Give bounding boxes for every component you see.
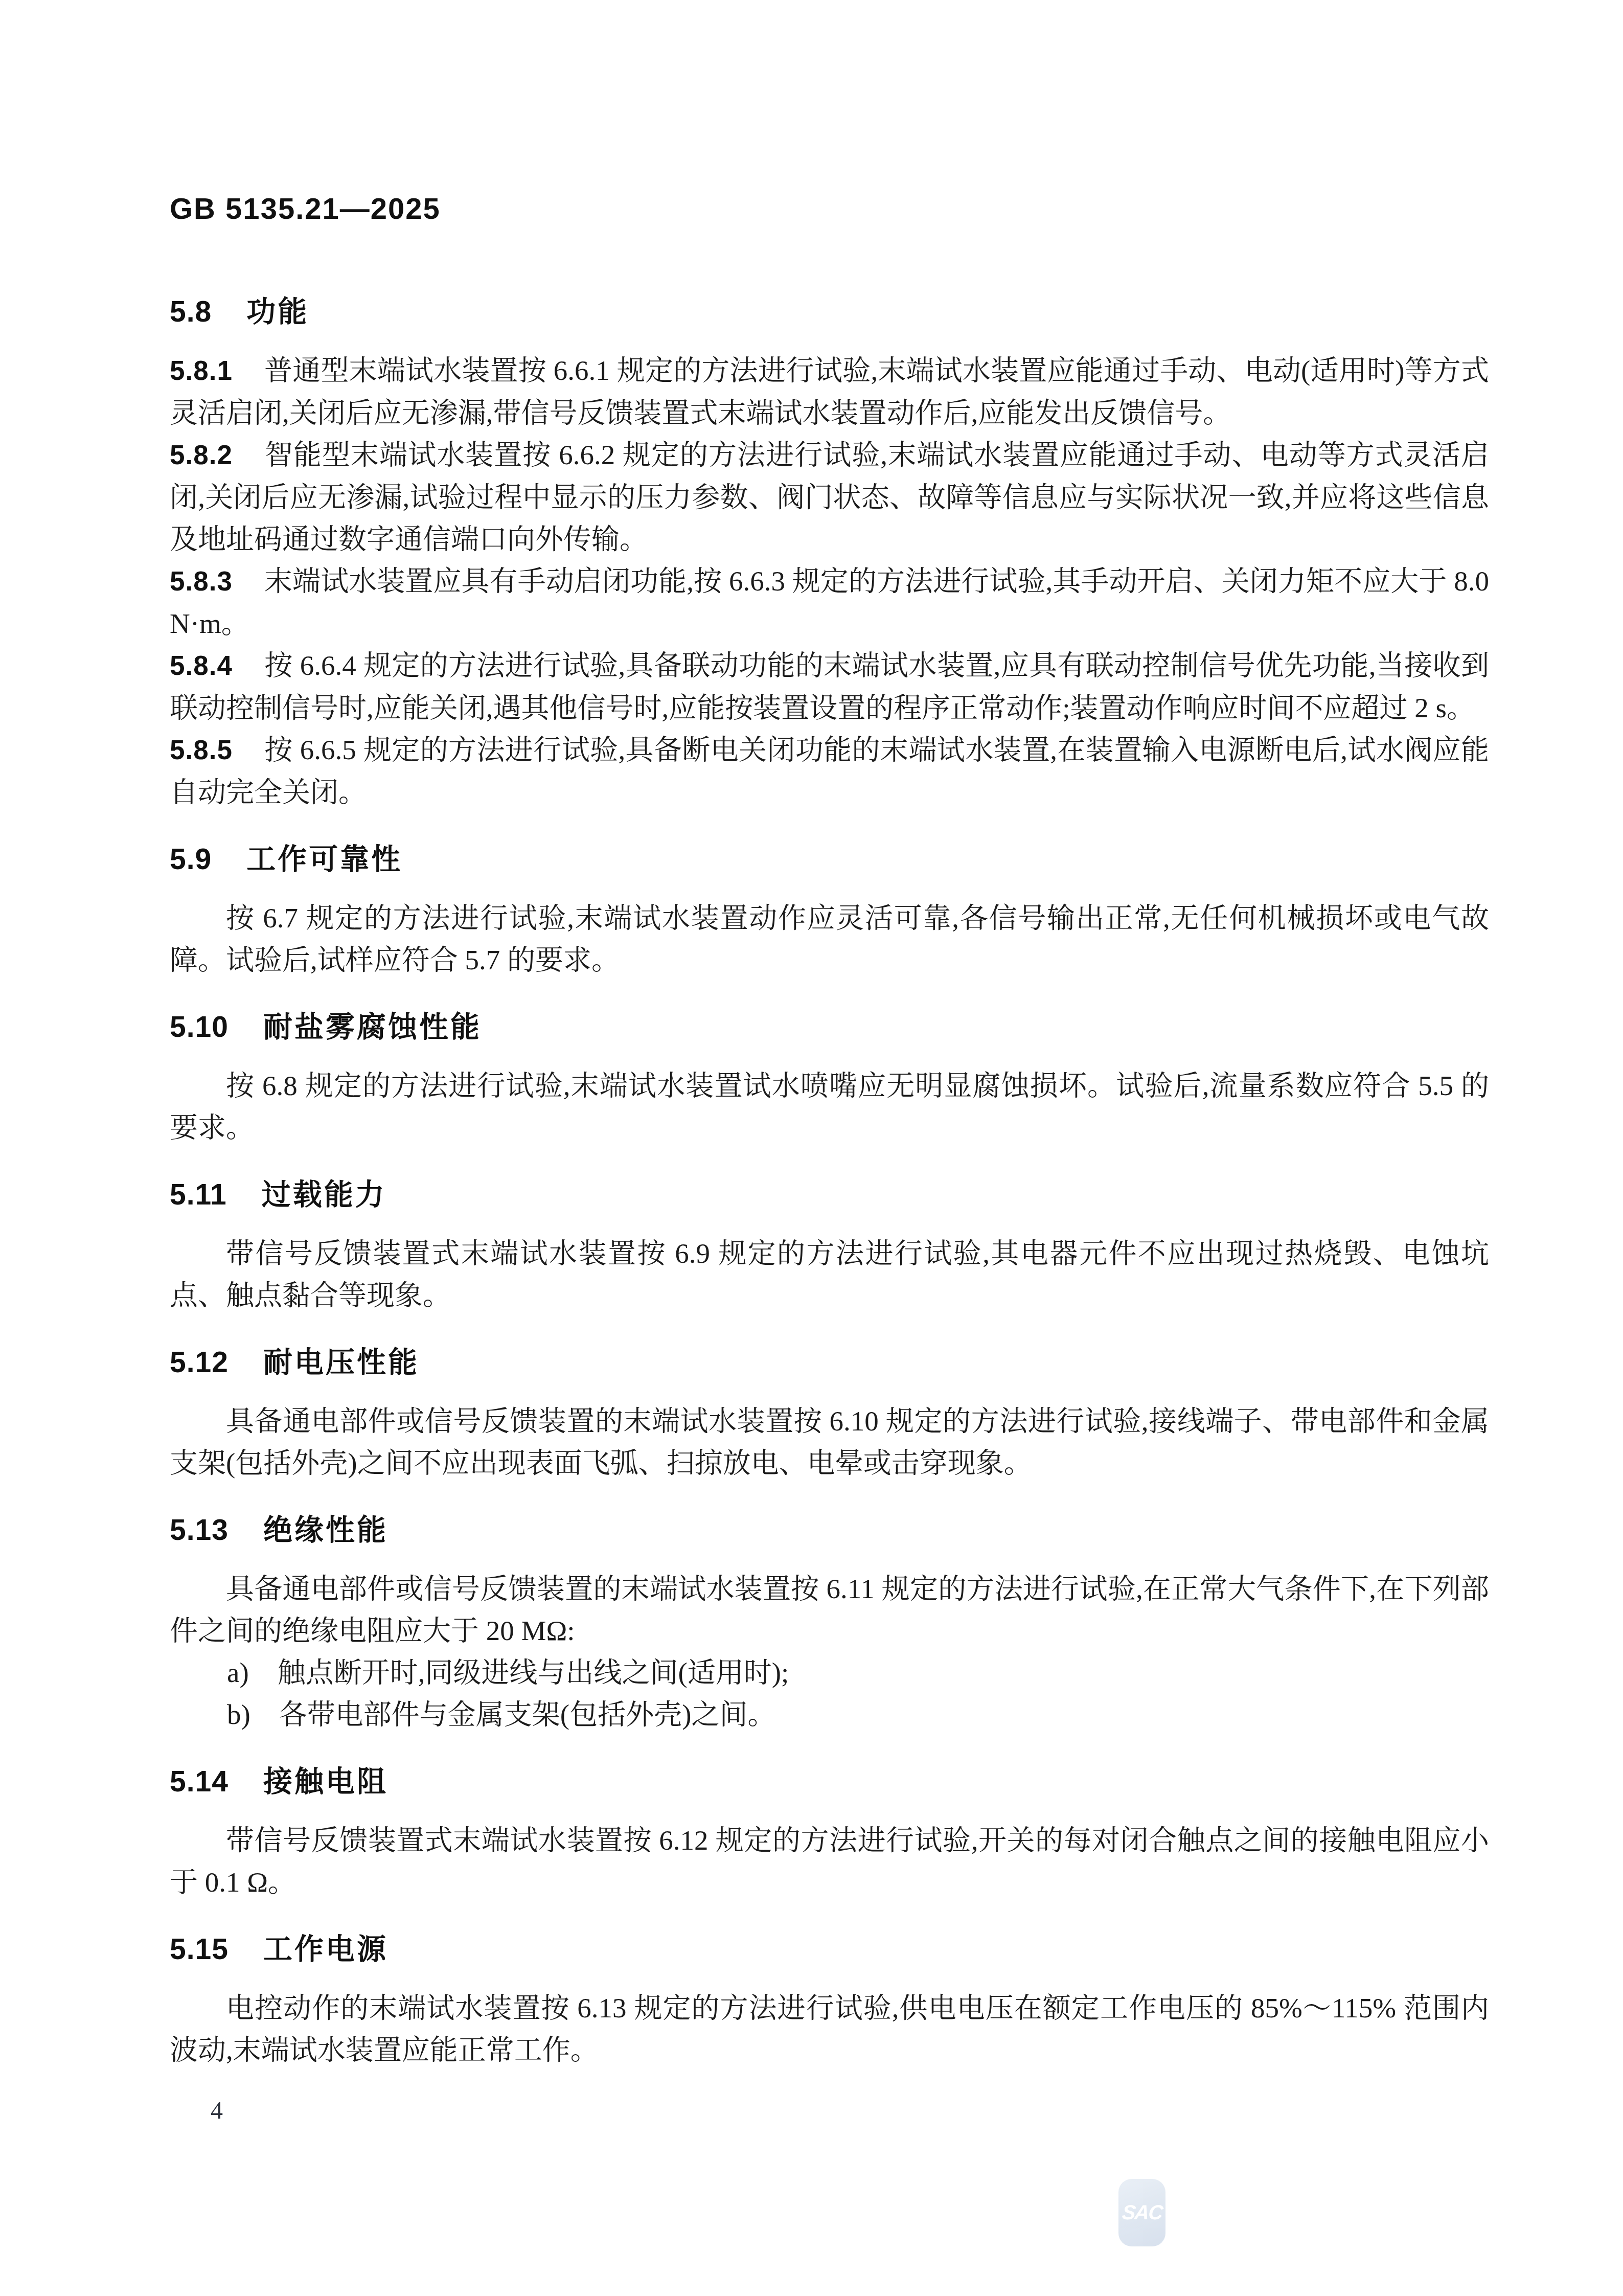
para-5-9: 按 6.7 规定的方法进行试验,末端试水装置动作应灵活可靠,各信号输出正常,无任… [170, 897, 1489, 981]
clause-number: 5.8.1 [170, 356, 233, 386]
heading-5-8: 5.8功能 [170, 295, 1489, 328]
sac-watermark-logo: SAC [1118, 2179, 1165, 2246]
heading-5-12: 5.12耐电压性能 [170, 1346, 1489, 1379]
sac-watermark-text: SAC [1121, 2201, 1163, 2224]
heading-number: 5.9 [170, 843, 212, 876]
clause-5-8-1: 5.8.1普通型末端试水装置按 6.6.1 规定的方法进行试验,末端试水装置应能… [170, 350, 1489, 434]
heading-5-10: 5.10耐盐雾腐蚀性能 [170, 1011, 1489, 1043]
heading-title: 耐盐雾腐蚀性能 [263, 1011, 482, 1043]
clause-number: 5.8.5 [170, 735, 233, 765]
clause-text: 末端试水装置应具有手动启闭功能,按 6.6.3 规定的方法进行试验,其手动开启、… [170, 565, 1489, 639]
list-marker: b) [227, 1699, 250, 1730]
para-5-15: 电控动作的末端试水装置按 6.13 规定的方法进行试验,供电电压在额定工作电压的… [170, 1987, 1489, 2071]
para-5-11: 带信号反馈装置式末端试水装置按 6.9 规定的方法进行试验,其电器元件不应出现过… [170, 1233, 1489, 1316]
clause-number: 5.8.3 [170, 566, 233, 597]
clause-text: 普通型末端试水装置按 6.6.1 规定的方法进行试验,末端试水装置应能通过手动、… [170, 355, 1489, 428]
page-number: 4 [170, 2098, 1489, 2124]
list-item-b: b)各带电部件与金属支架(包括外壳)之间。 [170, 1694, 1489, 1736]
list-item-text: 各带电部件与金属支架(包括外壳)之间。 [279, 1699, 776, 1730]
heading-5-15: 5.15工作电源 [170, 1933, 1489, 1966]
clause-number: 5.8.4 [170, 651, 233, 681]
clause-5-8-3: 5.8.3末端试水装置应具有手动启闭功能,按 6.6.3 规定的方法进行试验,其… [170, 560, 1489, 645]
clause-text: 按 6.6.5 规定的方法进行试验,具备断电关闭功能的末端试水装置,在装置输入电… [170, 734, 1489, 808]
heading-number: 5.8 [170, 295, 212, 328]
heading-5-9: 5.9工作可靠性 [170, 843, 1489, 876]
clause-5-8-4: 5.8.4按 6.6.4 规定的方法进行试验,具备联动功能的末端试水装置,应具有… [170, 645, 1489, 729]
heading-title: 绝缘性能 [263, 1514, 388, 1547]
list-marker: a) [227, 1657, 249, 1688]
document-page: GB 5135.21—2025 5.8功能 5.8.1普通型末端试水装置按 6.… [0, 0, 1623, 2296]
para-5-10: 按 6.8 规定的方法进行试验,末端试水装置试水喷嘴应无明显腐蚀损坏。试验后,流… [170, 1065, 1489, 1149]
clause-number: 5.8.2 [170, 440, 233, 470]
clause-text: 按 6.6.4 规定的方法进行试验,具备联动功能的末端试水装置,应具有联动控制信… [170, 650, 1489, 723]
heading-title: 耐电压性能 [263, 1346, 419, 1379]
heading-5-11: 5.11过载能力 [170, 1178, 1489, 1211]
para-5-14: 带信号反馈装置式末端试水装置按 6.12 规定的方法进行试验,开关的每对闭合触点… [170, 1820, 1489, 1903]
heading-number: 5.15 [170, 1933, 228, 1966]
para-5-13: 具备通电部件或信号反馈装置的末端试水装置按 6.11 规定的方法进行试验,在正常… [170, 1568, 1489, 1652]
clause-5-8-5: 5.8.5按 6.6.5 规定的方法进行试验,具备断电关闭功能的末端试水装置,在… [170, 729, 1489, 813]
clause-text: 智能型末端试水装置按 6.6.2 规定的方法进行试验,末端试水装置应能通过手动、… [170, 439, 1489, 555]
heading-title: 工作电源 [263, 1933, 388, 1966]
heading-number: 5.13 [170, 1514, 228, 1547]
standard-code: GB 5135.21—2025 [170, 193, 1489, 225]
heading-title: 工作可靠性 [246, 843, 402, 876]
heading-5-14: 5.14接触电阻 [170, 1765, 1489, 1798]
heading-title: 功能 [246, 295, 309, 328]
para-5-12: 具备通电部件或信号反馈装置的末端试水装置按 6.10 规定的方法进行试验,接线端… [170, 1400, 1489, 1484]
heading-number: 5.10 [170, 1011, 228, 1043]
clause-5-8-2: 5.8.2智能型末端试水装置按 6.6.2 规定的方法进行试验,末端试水装置应能… [170, 434, 1489, 560]
heading-number: 5.11 [170, 1178, 227, 1211]
heading-title: 接触电阻 [263, 1765, 388, 1798]
heading-title: 过载能力 [262, 1178, 386, 1211]
heading-5-13: 5.13绝缘性能 [170, 1514, 1489, 1547]
list-item-a: a)触点断开时,同级进线与出线之间(适用时); [170, 1652, 1489, 1694]
heading-number: 5.14 [170, 1765, 228, 1798]
list-item-text: 触点断开时,同级进线与出线之间(适用时); [278, 1657, 789, 1688]
heading-number: 5.12 [170, 1346, 228, 1379]
insulation-resistance-list: a)触点断开时,同级进线与出线之间(适用时); b)各带电部件与金属支架(包括外… [170, 1652, 1489, 1736]
